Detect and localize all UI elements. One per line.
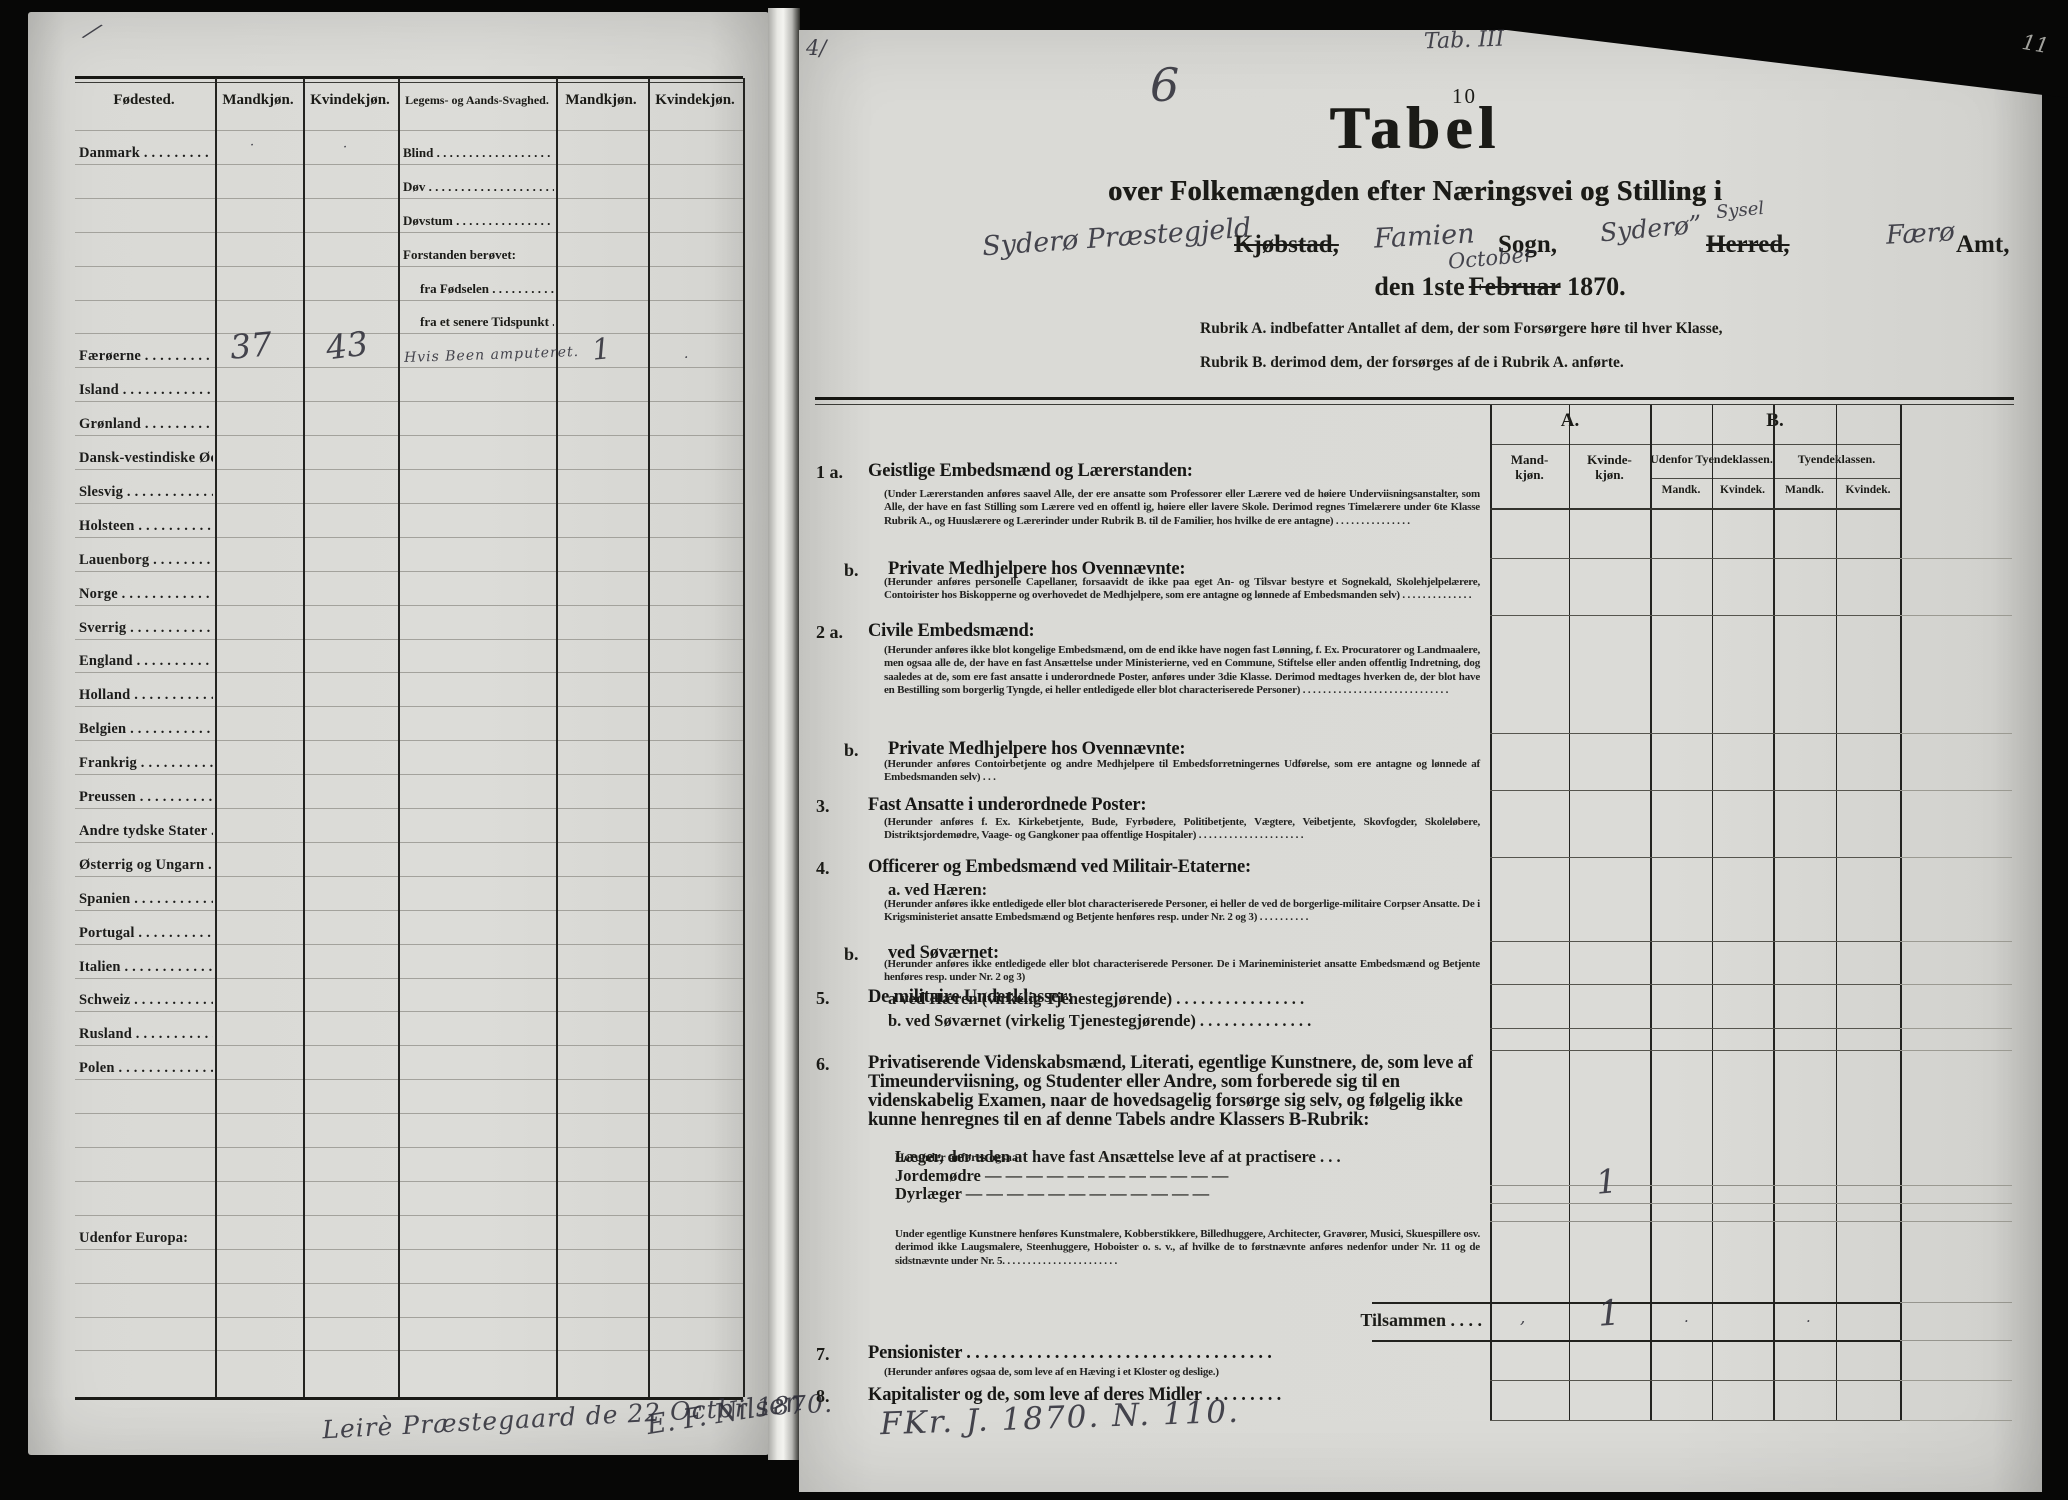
country-row-8: Island . . . . . . . . . . . . . . . . .…	[79, 379, 213, 401]
row-line	[1490, 615, 1900, 616]
left-header-4: Mandkjøn.	[556, 92, 646, 108]
row-line-ext	[1900, 1203, 2012, 1204]
item-number-4: 4.	[816, 858, 830, 879]
row-line	[75, 367, 743, 368]
column-line	[648, 78, 650, 1397]
row-line-ext	[1900, 1028, 2012, 1029]
svaghed-row-5: fra Fødselen . . . . . . . . . . . . . .…	[420, 278, 554, 300]
label-kjobstad: Kjøbstad,	[1234, 231, 1339, 259]
tilsammen-mark-2: ·	[1684, 1312, 1689, 1330]
row-line	[75, 842, 743, 843]
tilsammen-mark-1: ,	[1520, 1308, 1525, 1328]
item-subheading: a. ved Hæren:	[888, 880, 987, 900]
row-line-ext	[1900, 941, 2012, 942]
row-line-ext	[1900, 790, 2012, 791]
row-line	[75, 401, 743, 402]
item-line: Læger, der uden at have fast Ansættelse …	[895, 1148, 1487, 1166]
item-line: Dyrlæger — — — — — — — — — — — —	[895, 1185, 1487, 1203]
row-line	[75, 469, 743, 470]
row-line	[75, 164, 743, 165]
date-prefix: den 1ste	[1374, 272, 1464, 301]
country-row-25: Italien . . . . . . . . . . . . . . . . …	[79, 956, 213, 978]
table-top-rule-2	[75, 82, 743, 83]
country-row-24: Portugal . . . . . . . . . . . . . . . .…	[79, 922, 213, 944]
row-line-ext	[1900, 1380, 2012, 1381]
country-row-17: Holland . . . . . . . . . . . . . . . . …	[79, 684, 213, 706]
row-line-ext	[1900, 1221, 2012, 1222]
header-bgroup-line	[1650, 478, 1900, 479]
country-row-21: Andre tydske Stater . . . . . . . . . . …	[79, 820, 213, 842]
header-ab-line	[1490, 444, 1900, 445]
country-row-26: Schweiz . . . . . . . . . . . . . . . . …	[79, 989, 213, 1011]
row-line	[75, 1079, 743, 1080]
country-row-22: Østerrig og Ungarn . . . . . . . . . . .…	[79, 854, 213, 876]
row-line-heavy	[1372, 1340, 1900, 1342]
country-row-14: Norge . . . . . . . . . . . . . . . . . …	[79, 583, 213, 605]
row-line	[1490, 508, 1900, 510]
row-line	[75, 130, 743, 131]
row-line	[1490, 1050, 1900, 1051]
item-small-text: (Herunder anføres f. Ex. Kirkebetjente, …	[884, 816, 1480, 843]
column-kvindekjoen-a: Kvinde- kjøn.	[1569, 452, 1650, 482]
rtable-top-rule	[815, 397, 2014, 400]
svaghed-row-3: Døvstum . . . . . . . . . . . . . . . . …	[403, 210, 554, 232]
left-header-0: Fødested.	[75, 92, 213, 108]
row-line-ext	[1900, 1050, 2012, 1051]
column-line	[303, 78, 305, 1397]
item-line: b. ved Søværnet (virkelig Tjenestegjøren…	[888, 1012, 1480, 1030]
item-small-text: (Herunder anføres ikke entledigede eller…	[884, 958, 1480, 985]
row-line	[75, 1011, 743, 1012]
country-row-9: Grønland . . . . . . . . . . . . . . . .…	[79, 413, 213, 435]
row-line-ext	[1900, 984, 2012, 985]
row-line	[1490, 733, 1900, 734]
faeroerne-kvindekjoen2-mark: ·	[684, 350, 688, 366]
row-line	[75, 300, 743, 301]
row-line	[75, 672, 743, 673]
row-line	[75, 232, 743, 233]
country-row-27: Rusland . . . . . . . . . . . . . . . . …	[79, 1023, 213, 1045]
item-number-8: 8.	[816, 1386, 830, 1407]
row-line	[75, 571, 743, 572]
column-group-a: A.	[1490, 410, 1650, 432]
country-row-19: Frankrig . . . . . . . . . . . . . . . .…	[79, 752, 213, 774]
row-line	[75, 1181, 743, 1182]
census-document-scan: ⁄ Fødested.Mandkjøn.Kvindekjøn.Legems- o…	[0, 0, 2068, 1500]
row-line	[75, 1350, 743, 1351]
item-heading: Privatiserende Videnskabsmænd, Literati,…	[868, 1054, 1482, 1130]
date-struck-month: Februar	[1469, 272, 1561, 301]
country-row-11: Slesvig . . . . . . . . . . . . . . . . …	[79, 481, 213, 503]
jordemoedre-kvindekjoen-value: 1	[1594, 1161, 1618, 1202]
column-line	[556, 78, 558, 1397]
page-spine-edge	[768, 8, 800, 1460]
country-row-20: Preussen . . . . . . . . . . . . . . . .…	[79, 786, 213, 808]
row-line	[75, 605, 743, 606]
row-line	[1490, 857, 1900, 858]
date-line: den 1ste Februar 1870.	[1190, 272, 1810, 302]
item-small-text: (Herunder anføres ikke blot kongelige Em…	[884, 644, 1480, 698]
country-row-12: Holsteen . . . . . . . . . . . . . . . .…	[79, 515, 213, 537]
item-number-b: b.	[844, 944, 859, 965]
left-header-3: Legems- og Aands-Svaghed.	[399, 92, 555, 108]
column-kvindek-tyende: Kvindek.	[1836, 484, 1900, 496]
row-line	[1490, 558, 1900, 559]
item-heading: Officerer og Embedsmænd ved Militair-Eta…	[868, 858, 1482, 877]
column-mandk-tyende: Mandk.	[1773, 484, 1836, 496]
column-mandk-udenfor: Mandk.	[1650, 484, 1712, 496]
country-row-1: Danmark . . . . . . . . . . . . . . . . …	[79, 142, 213, 164]
rubrik-b-text: Rubrik B. derimod dem, der forsørges af …	[1200, 354, 1624, 372]
row-line	[75, 537, 743, 538]
country-row-13: Lauenborg . . . . . . . . . . . . . . . …	[79, 549, 213, 571]
row-line	[75, 876, 743, 877]
row-line	[75, 1113, 743, 1114]
column-group-b: B.	[1650, 410, 1900, 432]
row-line	[75, 944, 743, 945]
row-line	[1490, 1380, 1900, 1381]
svaghed-row-6: fra et senere Tidspunkt . . . . . . . . …	[420, 311, 554, 333]
row-line	[1490, 790, 1900, 791]
row-line	[75, 706, 743, 707]
item-small-text: (Herunder anføres Contoirbetjente og and…	[884, 758, 1480, 785]
column-line	[398, 78, 400, 1397]
country-row-33: Udenfor Europa:	[79, 1227, 213, 1249]
column-kvindek-udenfor: Kvindek.	[1712, 484, 1773, 496]
handwritten-amt-name: Færø	[1885, 217, 1955, 251]
item-heading: Private Medhjelpere hos Ovennævnte:	[888, 740, 1502, 759]
rubrik-a-text: Rubrik A. indbefatter Antallet af dem, d…	[1200, 320, 1723, 338]
item-number-3: 3.	[816, 796, 830, 817]
country-row-18: Belgien . . . . . . . . . . . . . . . . …	[79, 718, 213, 740]
item-number-1a: 1 a.	[816, 462, 843, 483]
item-number-b: b.	[844, 560, 859, 581]
row-line-ext	[1900, 857, 2012, 858]
row-line	[1490, 1028, 1900, 1029]
item-number-6: 6.	[816, 1054, 830, 1075]
row-line	[1490, 1420, 1900, 1421]
item-small-text: (Under Lærerstanden anføres saavel Alle,…	[884, 488, 1480, 528]
row-line	[1490, 1203, 1900, 1204]
row-line	[1490, 1221, 1900, 1222]
row-line	[75, 808, 743, 809]
row-line	[75, 639, 743, 640]
country-row-16: England . . . . . . . . . . . . . . . . …	[79, 650, 213, 672]
item-line: a ved Hæren (virkelig Tjenestegjørende) …	[888, 990, 1480, 1008]
row-line-ext	[1900, 1185, 2012, 1186]
country-row-7: Færøerne . . . . . . . . . . . . . . . .…	[79, 345, 213, 367]
row-line-ext	[1900, 1340, 2012, 1341]
country-row-15: Sverrig . . . . . . . . . . . . . . . . …	[79, 617, 213, 639]
danmark-kvinde-mark: ·	[343, 140, 347, 155]
country-row-28: Polen . . . . . . . . . . . . . . . . . …	[79, 1057, 213, 1079]
svaghed-row-2: Døv . . . . . . . . . . . . . . . . . . …	[403, 176, 554, 198]
row-line	[75, 910, 743, 911]
date-year: 1870.	[1567, 272, 1626, 301]
item-small-text: Under egentlige Kunstnere henføres Kunst…	[895, 1228, 1480, 1268]
column-line	[743, 78, 745, 1397]
row-line	[75, 266, 743, 267]
left-header-1: Mandkjøn.	[215, 92, 301, 108]
row-line-ext	[1900, 615, 2012, 616]
row-line	[75, 1045, 743, 1046]
tilsammen-kvindekjoen-value: 1	[1597, 1293, 1622, 1334]
label-herred: Herred,	[1706, 231, 1790, 259]
label-amt: Amt,	[1956, 231, 2009, 259]
corner-mark: 11	[2020, 30, 2050, 58]
column-mandkjoen-a: Mand- kjøn.	[1490, 452, 1569, 482]
row-line	[1490, 984, 1900, 985]
item-heading: Pensionister . . . . . . . . . . . . . .…	[868, 1344, 1482, 1363]
faeroerne-mandkjoen-value: 37	[228, 324, 273, 367]
row-line	[75, 1283, 743, 1284]
row-line	[75, 435, 743, 436]
annotation-tab-ref: Tab. III	[1424, 27, 1505, 55]
item-small-text: (Herunder anføres ikke entledigede eller…	[884, 898, 1480, 925]
tilsammen-label: Tilsammen . . . .	[1180, 1310, 1482, 1331]
item-heading: Geistlige Embedsmænd og Lærerstanden:	[868, 462, 1482, 481]
faeroerne-mandkjoen2-value: 1	[590, 331, 612, 367]
row-line-ext	[1900, 733, 2012, 734]
item-number-b: b.	[844, 740, 859, 761]
row-line	[75, 1215, 743, 1216]
row-line	[75, 774, 743, 775]
document-title: Tabel	[815, 94, 2015, 163]
document-subtitle: over Folkemængden efter Næringsvei og St…	[815, 176, 2015, 208]
row-line	[1490, 1185, 1900, 1186]
item-small-text: (Herunder anføres ogsaa de, som leve af …	[884, 1366, 1480, 1379]
item-number-5: 5.	[816, 988, 830, 1009]
row-line	[75, 1317, 743, 1318]
row-line-ext	[1900, 1420, 2012, 1421]
table-top-rule	[75, 76, 743, 79]
row-line	[75, 1249, 743, 1250]
row-line	[1490, 941, 1900, 942]
item-heading: Civile Embedsmænd:	[868, 622, 1482, 641]
row-line	[75, 198, 743, 199]
svaghed-row-4: Forstanden berøvet:	[403, 244, 554, 266]
item-number-7: 7.	[816, 1344, 830, 1365]
left-header-2: Kvindekjøn.	[304, 92, 397, 108]
faeroerne-kvindekjoen-value: 43	[324, 324, 370, 368]
row-line	[75, 333, 743, 334]
row-line	[75, 740, 743, 741]
country-row-23: Spanien . . . . . . . . . . . . . . . . …	[79, 888, 213, 910]
row-line-heavy	[1372, 1302, 1900, 1304]
item-number-2a: 2 a.	[816, 622, 843, 643]
item-heading: Fast Ansatte i underordnede Poster:	[868, 796, 1482, 815]
left-header-5: Kvindekjøn.	[648, 92, 742, 108]
annotation-upper-left: 4/	[806, 36, 826, 60]
item-small-text: (Herunder anføres personelle Capellaner,…	[884, 576, 1480, 603]
rtable-top-rule-2	[815, 404, 2014, 405]
svaghed-row-1: Blind . . . . . . . . . . . . . . . . . …	[403, 142, 554, 164]
row-line	[75, 978, 743, 979]
danmark-mand-mark: ·	[250, 138, 254, 153]
handwritten-sysel: Sysel	[1715, 198, 1765, 223]
tilsammen-mark-3: ·	[1806, 1312, 1811, 1330]
row-line-ext	[1900, 1302, 2012, 1303]
country-row-10: Dansk-vestindiske Øer . . . . . . . . . …	[79, 447, 213, 469]
item-line: Jordemødre — — — — — — — — — — — —	[895, 1167, 1487, 1185]
row-line-ext	[1900, 558, 2012, 559]
row-line	[75, 503, 743, 504]
row-line	[75, 1147, 743, 1148]
column-line	[215, 78, 217, 1397]
